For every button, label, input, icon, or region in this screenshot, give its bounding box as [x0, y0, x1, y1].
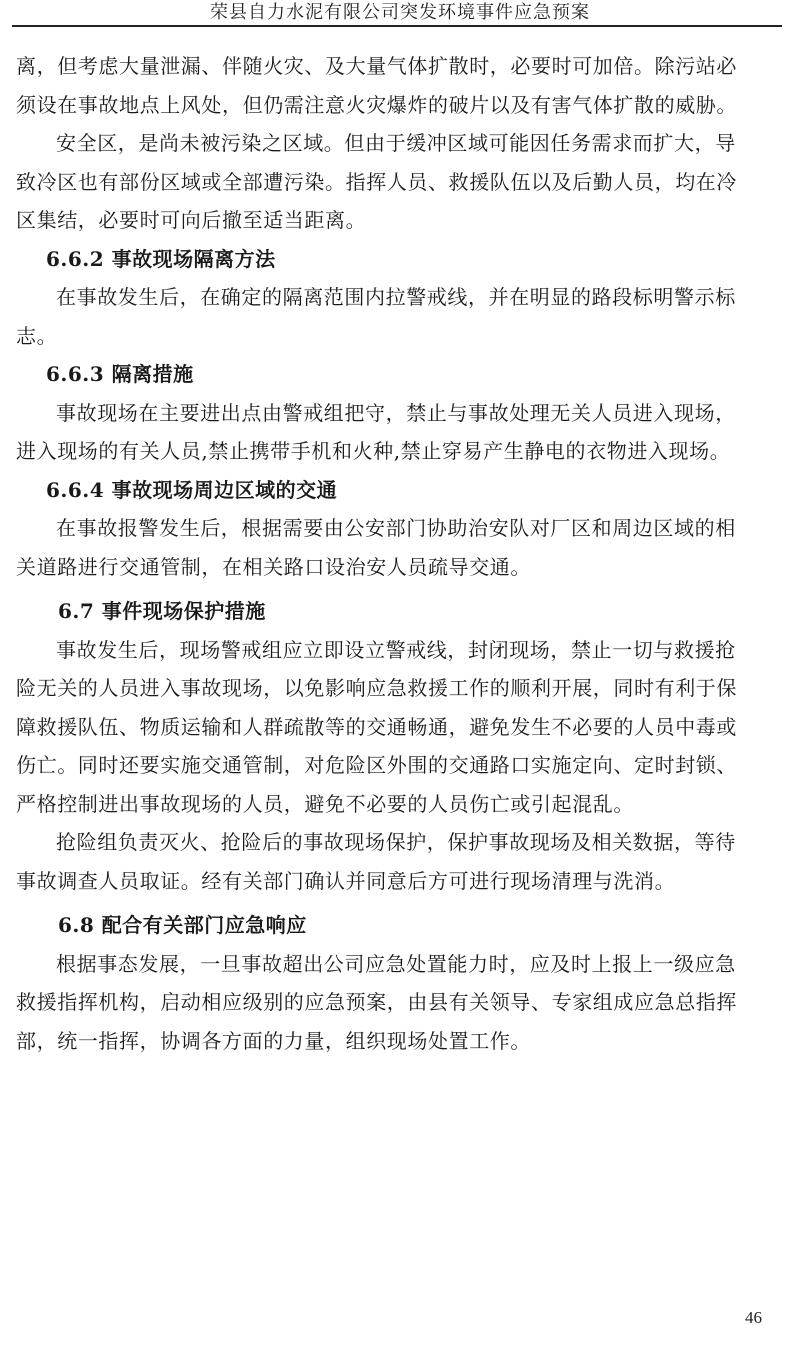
text-line: 根据事态发展，一旦事故超出公司应急处置能力时，应及时上报上一级应急	[16, 945, 782, 984]
text-line: 部，统一指挥，协调各方面的力量，组织现场处置工作。	[16, 1022, 782, 1061]
text-line: 安全区，是尚未被污染之区域。但由于缓冲区域可能因任务需求而扩大，导	[16, 124, 782, 163]
section-heading-6-6-3: 6.6.3 隔离措施	[16, 355, 782, 394]
paragraph-traffic: 在事故报警发生后，根据需要由公安部门协助治安队对厂区和周边区域的相 关道路进行交…	[16, 509, 782, 586]
document-page: 荣县自力水泥有限公司突发环境事件应急预案 离，但考虑大量泄漏、伴随火灾、及大量气…	[0, 0, 800, 1351]
text-line: 区集结，必要时可向后撤至适当距离。	[16, 201, 782, 240]
text-line: 离，但考虑大量泄漏、伴随火灾、及大量气体扩散时，必要时可加倍。除污站必	[16, 47, 782, 86]
text-line: 障救援队伍、物质运输和人群疏散等的交通畅通，避免发生不必要的人员中毒或	[16, 708, 782, 747]
text-line: 致冷区也有部份区域或全部遭污染。指挥人员、救援队伍以及后勤人员，均在冷	[16, 163, 782, 202]
paragraph-isolation-method: 在事故发生后，在确定的隔离范围内拉警戒线，并在明显的路段标明警示标 志。	[16, 278, 782, 355]
paragraph-rescue-team: 抢险组负责灭火、抢险后的事故现场保护，保护事故现场及相关数据，等待 事故调查人员…	[16, 823, 782, 900]
running-header: 荣县自力水泥有限公司突发环境事件应急预案	[0, 2, 800, 24]
text-line: 须设在事故地点上风处，但仍需注意火灾爆炸的破片以及有害气体扩散的威胁。	[16, 86, 782, 125]
paragraph-safe-zone: 安全区，是尚未被污染之区域。但由于缓冲区域可能因任务需求而扩大，导 致冷区也有部…	[16, 124, 782, 240]
text-line: 在事故报警发生后，根据需要由公安部门协助治安队对厂区和周边区域的相	[16, 509, 782, 548]
text-line: 严格控制进出事故现场的人员，避免不必要的人员伤亡或引起混乱。	[16, 785, 782, 824]
text-line: 关道路进行交通管制，在相关路口设治安人员疏导交通。	[16, 548, 782, 587]
paragraph-continuation: 离，但考虑大量泄漏、伴随火灾、及大量气体扩散时，必要时可加倍。除污站必 须设在事…	[16, 47, 782, 124]
text-line: 志。	[16, 317, 782, 356]
header-divider	[12, 25, 782, 27]
document-body: 离，但考虑大量泄漏、伴随火灾、及大量气体扩散时，必要时可加倍。除污站必 须设在事…	[16, 47, 782, 1060]
text-line: 在事故发生后，在确定的隔离范围内拉警戒线，并在明显的路段标明警示标	[16, 278, 782, 317]
page-number: 46	[745, 1308, 762, 1328]
section-heading-6-8: 6.8 配合有关部门应急响应	[16, 906, 782, 945]
text-line: 伤亡。同时还要实施交通管制，对危险区外围的交通路口实施定向、定时封锁、	[16, 746, 782, 785]
text-line: 进入现场的有关人员,禁止携带手机和火种,禁止穿易产生静电的衣物进入现场。	[16, 432, 782, 471]
text-line: 险无关的人员进入事故现场，以免影响应急救援工作的顺利开展，同时有利于保	[16, 669, 782, 708]
text-line: 救援指挥机构，启动相应级别的应急预案，由县有关领导、专家组成应急总指挥	[16, 983, 782, 1022]
text-line: 事故发生后，现场警戒组应立即设立警戒线，封闭现场，禁止一切与救援抢	[16, 631, 782, 670]
paragraph-scene-protection: 事故发生后，现场警戒组应立即设立警戒线，封闭现场，禁止一切与救援抢 险无关的人员…	[16, 631, 782, 824]
section-heading-6-6-4: 6.6.4 事故现场周边区域的交通	[16, 471, 782, 510]
section-heading-6-7: 6.7 事件现场保护措施	[16, 592, 782, 631]
paragraph-isolation-measures: 事故现场在主要进出点由警戒组把守，禁止与事故处理无关人员进入现场， 进入现场的有…	[16, 394, 782, 471]
paragraph-emergency-response: 根据事态发展，一旦事故超出公司应急处置能力时，应及时上报上一级应急 救援指挥机构…	[16, 945, 782, 1061]
text-line: 事故现场在主要进出点由警戒组把守，禁止与事故处理无关人员进入现场，	[16, 394, 782, 433]
text-line: 事故调查人员取证。经有关部门确认并同意后方可进行现场清理与洗消。	[16, 862, 782, 901]
section-heading-6-6-2: 6.6.2 事故现场隔离方法	[16, 240, 782, 279]
text-line: 抢险组负责灭火、抢险后的事故现场保护，保护事故现场及相关数据，等待	[16, 823, 782, 862]
